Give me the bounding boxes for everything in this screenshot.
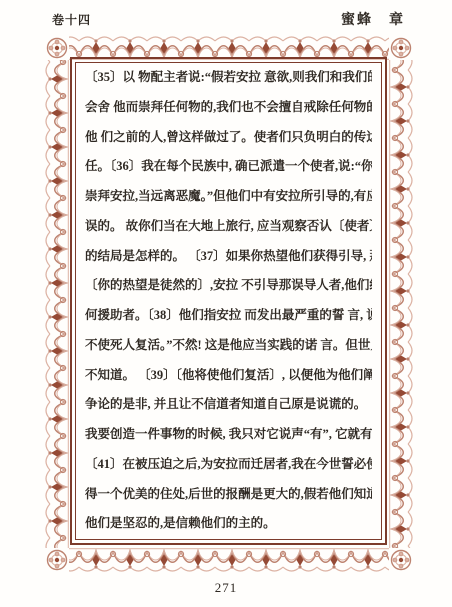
body-text-line: 不知道。 〔39〕〔他将使他们复活〕, 以便他为他们阐明他们所 [85,361,372,391]
text-border: 〔35〕以 物配主者说:“假若安拉 意欲,则我们和我们的祖先不会舍 他而崇拜任何… [75,62,382,540]
body-text-line: 他们是坚忍的,是信赖他们的主的。 [85,509,372,539]
running-head: 卷十四 蜜蜂 章 [52,9,405,29]
volume-label: 卷十四 [52,11,91,28]
body-text-line: 他 们之前的人,曾这样做过了。使者们只负明白的传达的责 [85,123,372,153]
chapter-title-label: 蜜蜂 章 [341,9,405,29]
body-text-line: 误的。 故你们当在大地上旅行, 应当观察否认〔使者〕的人们 [85,212,372,242]
body-text-line: 崇拜安拉,当远离恶魔。”但他们中有安拉所引导的,有应 当迷 [85,182,372,212]
body-text-line: 会舍 他而崇拜任何物的,我们也不会擅自戒除任何物的。”在 [85,93,372,123]
body-text-line: 得一个优美的住处,后世的报酬是更大的,假若他们知道。〔42〕 [85,480,372,510]
body-text-line: 何援助者。〔38〕他们指安拉 而发出最严重的誓 言, 说:“ 安拉 [85,301,372,331]
inner-border: 〔35〕以 物配主者说:“假若安拉 意欲,则我们和我们的祖先不会舍 他而崇拜任何… [70,57,387,545]
book-page: 卷十四 蜜蜂 章 [0,0,452,607]
body-text-line: 任。〔36〕我在每个民族中, 确已派遣一个使者,说:“你们当 [85,152,372,182]
body-text-line: 我要创造一件事物的时候, 我只对它说声“有”, 它就有了。 [85,420,372,450]
decorative-frame: 〔35〕以 物配主者说:“假若安拉 意欲,则我们和我们的祖先不会舍 他而崇拜任何… [45,36,413,572]
page-number: 271 [0,580,452,596]
body-text-line: 的结局是怎样的。 〔37〕如果你热望他们获得引导, 那末, [85,242,372,272]
body-text-line: 〔你的热望是徒然的〕,安拉 不引导那误导人者,他们绝没有任 [85,271,372,301]
body-text-line: 争论的是非, 并且让不信道者知道自己原是说谎的。 〔40〕当 [85,390,372,420]
body-text-line: 〔41〕在被压迫之后,为安拉而迁居者,我在今世誓必使他们获 [85,450,372,480]
body-text-line: 不使死人复活。”不然! 这是他应当实践的诺 言。但世人大半 [85,331,372,361]
scripture-text: 〔35〕以 物配主者说:“假若安拉 意欲,则我们和我们的祖先不会舍 他而崇拜任何… [76,63,381,539]
body-text-line: 〔35〕以 物配主者说:“假若安拉 意欲,则我们和我们的祖先不 [85,63,372,93]
